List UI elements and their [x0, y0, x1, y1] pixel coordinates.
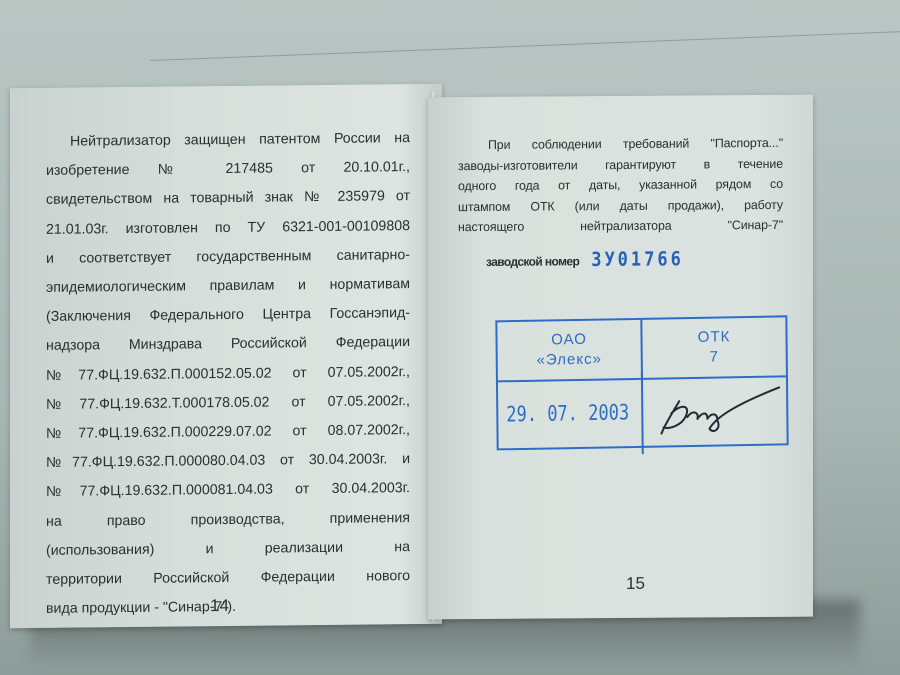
- text-line: надзора Минздрава Российской Федерации: [46, 328, 410, 361]
- text-line: одного года от даты, указанной рядом со: [458, 174, 783, 197]
- serial-number: 3У01766: [591, 248, 684, 272]
- signature-icon: [651, 381, 782, 439]
- stamp-otk-cell: ОТК 7: [642, 317, 786, 379]
- serial-number-row: заводской номер 3У01766: [486, 250, 684, 271]
- otk-stamp: ОАО «Элекс» ОТК 7 29. 07. 2003: [495, 315, 788, 450]
- text-line: №77.ФЦ.19.632.П.000081.04.03 от 30.04.20…: [46, 475, 410, 508]
- stamp-date: 29. 07. 2003: [506, 401, 629, 428]
- stamp-otk-label: ОТК: [698, 327, 731, 348]
- stamp-company-line1: ОАО: [551, 330, 587, 351]
- text-line: При соблюдении требований "Паспорта...": [458, 133, 783, 156]
- text-line: заводы-изготовители гарантируют в течени…: [458, 153, 783, 176]
- text-line: свидетельством на товарный знак № 235979…: [46, 182, 410, 215]
- text-line: (использования) и реализации на: [46, 533, 410, 566]
- text-line: (Заключения Федерального Центра Госсанэп…: [46, 299, 410, 332]
- left-page-body: Нейтрализатор защищен патентом России на…: [46, 124, 410, 624]
- serial-label: заводской номер: [486, 254, 579, 269]
- text-line: эпидемиологическим правилам и нормативам: [46, 270, 410, 303]
- right-page: При соблюдении требований "Паспорта..." …: [428, 95, 813, 620]
- text-line: изобретение № 217485 от 20.10.01г.,: [46, 153, 410, 186]
- text-line: №77.ФЦ.19.632.П.000229.07.02 от 08.07.20…: [46, 416, 410, 449]
- text-line: Нейтрализатор защищен патентом России на: [46, 124, 410, 157]
- stamp-date-cell: 29. 07. 2003: [498, 372, 644, 457]
- text-line: настоящего нейтрализатора "Синар-7": [458, 215, 783, 238]
- right-page-body: При соблюдении требований "Паспорта..." …: [458, 133, 783, 238]
- stamp-signature-cell: [643, 377, 787, 445]
- text-line: 21.01.03г. изготовлен по ТУ 6321-001-001…: [46, 212, 410, 245]
- left-page: Нейтрализатор защищен патентом России на…: [10, 84, 442, 629]
- text-line: территории Российской Федерации нового: [46, 562, 410, 595]
- text-line: и соответствует государственным санитарн…: [46, 241, 410, 274]
- stamp-otk-number: 7: [709, 348, 719, 368]
- text-line: №77.ФЦ.19.632.П.000152.05.02 от 07.05.20…: [46, 358, 410, 391]
- text-line: штампом ОТК (или даты продажи), работу: [458, 194, 783, 217]
- stamp-company-line2: «Элекс»: [536, 350, 602, 371]
- page-number-left: 14: [210, 596, 229, 616]
- text-line: №77.ФЦ.19.632.П.000080.04.03 от 30.04.20…: [46, 445, 410, 478]
- page-number-right: 15: [626, 574, 645, 594]
- wall-crease: [150, 31, 900, 61]
- text-line: №77.ФЦ.19.632.Т.000178.05.02 от 07.05.20…: [46, 387, 410, 420]
- text-line: на право производства, применения: [46, 504, 410, 537]
